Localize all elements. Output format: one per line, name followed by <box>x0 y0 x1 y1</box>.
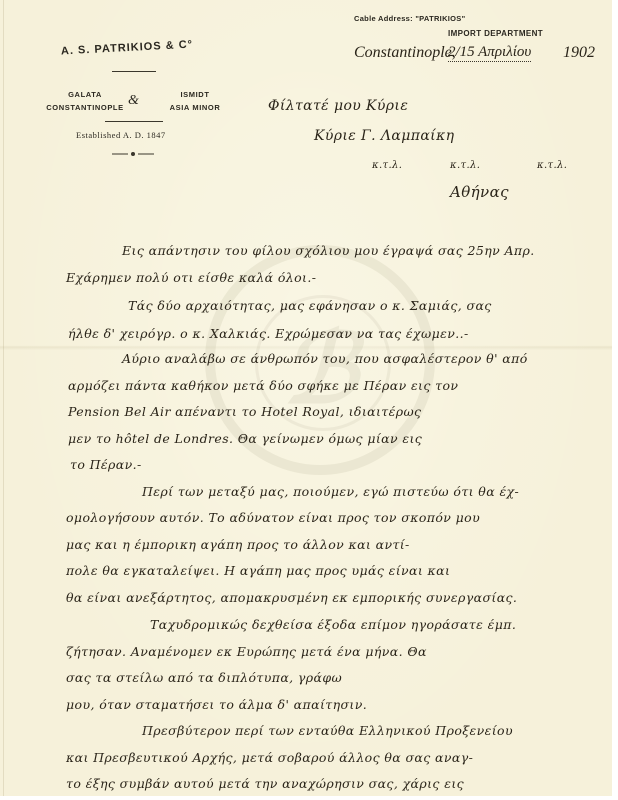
cable-address: Cable Address: "PATRIKIOS" <box>354 14 465 23</box>
date-place: Constantinople, <box>354 44 456 62</box>
body-line: αρμόζει πάντα καθήκον μετά δύο σφήκε με … <box>68 378 458 393</box>
body-line: Ταχυδρομικώς δεχθείσα έξοδα επίμον ηγορά… <box>150 617 516 632</box>
left-location-line2: CONSTANTINOPLE <box>38 103 132 112</box>
body-line: μας και η έμπορικη αγάπη προς το άλλον κ… <box>66 537 410 552</box>
salutation-line: Φίλτατέ μου Κύριε <box>268 98 408 114</box>
body-line: πολε θα εγκαταλείψει. Η αγάπη μας προς υ… <box>66 563 450 578</box>
body-line: σας τα στείλω από τα διπλότυπα, γράφω <box>66 670 342 685</box>
body-line: Pension Bel Air απέναντι το Hotel Royal,… <box>68 404 421 419</box>
body-line: μου, όταν σταματήσει το άλμα δ' απαίτησι… <box>66 697 367 712</box>
ampersand: & <box>128 93 139 109</box>
body-line: ζήτησαν. Αναμένομεν εκ Ευρώπης μετά ένα … <box>66 644 427 659</box>
recipient-name: Κύριε Γ. Λαμπαίκη <box>314 128 454 144</box>
body-line: ήλθε δ' χειρόγρ. ο κ. Χαλκιάς. Εχρώμεσαν… <box>68 326 469 341</box>
letterhead-divider <box>112 71 156 72</box>
ornament-icon <box>112 152 154 156</box>
body-line: Πρεσβύτερον περί των ενταύθα Ελληνικού Π… <box>142 723 513 738</box>
etc-mark: κ.τ.λ. <box>372 160 402 171</box>
date-handwritten: 2/15 Απριλίου <box>448 44 531 62</box>
established-date: Established A. D. 1847 <box>76 130 166 140</box>
right-location-line2: ASIA MINOR <box>155 103 235 112</box>
letterhead-divider <box>105 121 163 122</box>
body-line: Εχάρημεν πολύ οτι είσθε καλά όλοι.- <box>66 270 316 285</box>
right-location-line1: ISMIDT <box>155 90 235 99</box>
etc-mark: κ.τ.λ. <box>537 160 567 171</box>
body-line: το έξης συμβάν αυτού μετά την αναχώρησιν… <box>66 776 464 791</box>
body-line: και Πρεσβευτικού Αρχής, μετά σοβαρού άλλ… <box>66 750 473 765</box>
body-line: θα είναι ανεξάρτητος, απομακρυσμένη εκ ε… <box>66 590 517 605</box>
body-line: μεν το hôtel de Londres. Θα γείνωμεν όμω… <box>68 431 422 446</box>
recipient-place: Αθήνας <box>450 183 509 201</box>
body-line: ομολογήσουν αυτόν. Το αδύνατον είναι προ… <box>66 510 480 525</box>
paper-edge <box>3 0 4 796</box>
department-label: IMPORT DEPARTMENT <box>448 29 543 38</box>
body-line: Τάς δύο αρχαιότητας, μας εφάνησαν ο κ. Σ… <box>128 298 492 313</box>
body-line: Αύριο αναλάβω σε άνθρωπόν του, που ασφαλ… <box>122 351 528 366</box>
body-line: το Πέραν.- <box>70 457 142 472</box>
date-year: 1902 <box>563 44 595 62</box>
etc-mark: κ.τ.λ. <box>450 160 480 171</box>
firm-name: A. S. PATRIKIOS & C° <box>52 38 202 58</box>
body-line: Εις απάντησιν του φίλου σχόλιου μου έγρα… <box>122 243 535 258</box>
body-line: Περί των μεταξύ μας, ποιούμεν, εγώ πιστε… <box>142 484 519 499</box>
left-location-line1: GALATA <box>40 90 130 99</box>
letter-page: ℬ A. S. PATRIKIOS & C° GALATA CONSTANTIN… <box>0 0 612 796</box>
